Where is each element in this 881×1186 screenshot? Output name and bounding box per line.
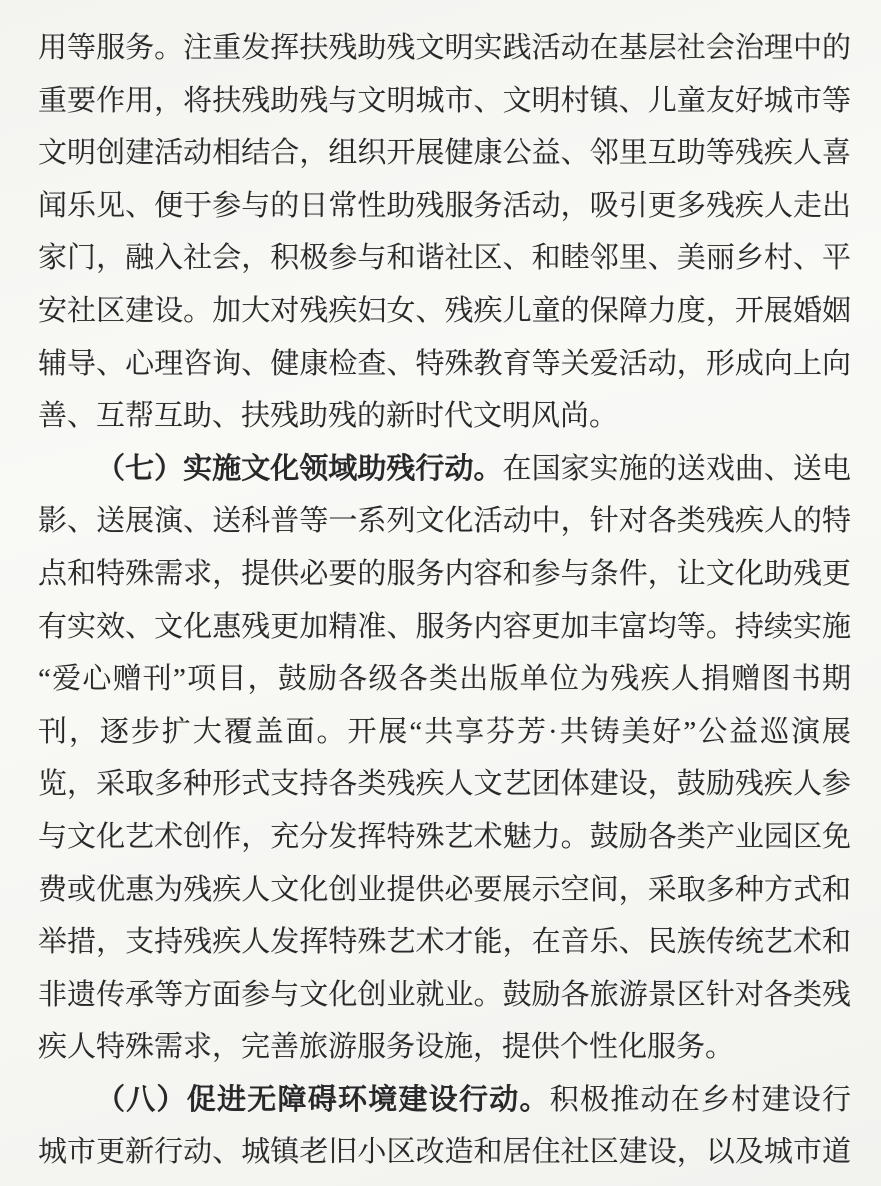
body-text: 与文化艺术创作，充分发挥特殊艺术魅力。鼓励各类产业园区免 [38,821,851,853]
body-text: 城市更新行动、城镇老旧小区改造和居住社区建设，以及城市道 [38,1136,851,1168]
body-text: 家门，融入社会，积极参与和谐社区、和睦邻里、美丽乡村、平 [38,242,851,274]
body-text: 闻乐见、便于参与的日常性助残服务活动，吸引更多残疾人走出 [38,190,851,222]
text-line: 影、送展演、送科普等一系列文化活动中，针对各类残疾人的特 [38,495,851,548]
body-text: 安社区建设。加大对残疾妇女、残疾儿童的保障力度，开展婚姻 [38,295,851,327]
text-line: （八）促进无障碍环境建设行动。积极推动在乡村建设行动、 [38,1074,851,1127]
body-text: 重要作用，将扶残助残与文明城市、文明村镇、儿童友好城市等 [38,85,851,117]
text-line: 举措，支持残疾人发挥特殊艺术才能，在音乐、民族传统艺术和 [38,916,851,969]
body-text: 善、互帮互助、扶残助残的新时代文明风尚。 [38,400,618,432]
body-text: 费或优惠为残疾人文化创业提供必要展示空间，采取多种方式和 [38,874,851,906]
text-line: 重要作用，将扶残助残与文明城市、文明村镇、儿童友好城市等 [38,75,851,128]
section-heading-text: （七）实施文化领域助残行动。 [96,453,503,485]
body-text: 文明创建活动相结合，组织开展健康公益、邻里互助等残疾人喜 [38,137,851,169]
paragraph: （七）实施文化领域助残行动。在国家实施的送戏曲、送电影、送展演、送科普等一系列文… [38,443,851,1074]
body-text: 刊，逐步扩大覆盖面。开展“共享芬芳·共铸美好”公益巡演展 [38,716,851,748]
text-line: “爱心赠刊”项目，鼓励各级各类出版单位为残疾人捐赠图书期 [38,653,851,706]
text-line: 善、互帮互助、扶残助残的新时代文明风尚。 [38,390,851,443]
text-line: 疾人特殊需求，完善旅游服务设施，提供个性化服务。 [38,1021,851,1074]
body-text: 用等服务。注重发挥扶残助残文明实践活动在基层社会治理中的 [38,32,851,64]
document-page: 用等服务。注重发挥扶残助残文明实践活动在基层社会治理中的重要作用，将扶残助残与文… [0,0,881,1186]
text-line: 非遗传承等方面参与文化创业就业。鼓励各旅游景区针对各类残 [38,969,851,1022]
body-text: 疾人特殊需求，完善旅游服务设施，提供个性化服务。 [38,1031,734,1063]
body-text: 在国家实施的送戏曲、送电 [503,453,851,485]
text-line: 闻乐见、便于参与的日常性助残服务活动，吸引更多残疾人走出 [38,180,851,233]
body-text: 影、送展演、送科普等一系列文化活动中，针对各类残疾人的特 [38,505,851,537]
body-text: 辅导、心理咨询、健康检查、特殊教育等关爱活动，形成向上向 [38,348,851,380]
text-line: （七）实施文化领域助残行动。在国家实施的送戏曲、送电 [38,443,851,496]
body-text: 点和特殊需求，提供必要的服务内容和参与条件，让文化助残更 [38,558,851,590]
text-line: 有实效、文化惠残更加精准、服务内容更加丰富均等。持续实施 [38,601,851,654]
paragraph: （八）促进无障碍环境建设行动。积极推动在乡村建设行动、城市更新行动、城镇老旧小区… [38,1074,851,1179]
body-text: 览，采取多种形式支持各类残疾人文艺团体建设，鼓励残疾人参 [38,768,851,800]
text-line: 费或优惠为残疾人文化创业提供必要展示空间，采取多种方式和 [38,864,851,917]
paragraph: 用等服务。注重发挥扶残助残文明实践活动在基层社会治理中的重要作用，将扶残助残与文… [38,22,851,443]
text-line: 刊，逐步扩大覆盖面。开展“共享芬芳·共铸美好”公益巡演展 [38,706,851,759]
text-line: 家门，融入社会，积极参与和谐社区、和睦邻里、美丽乡村、平 [38,232,851,285]
text-line: 文明创建活动相结合，组织开展健康公益、邻里互助等残疾人喜 [38,127,851,180]
text-line: 览，采取多种形式支持各类残疾人文艺团体建设，鼓励残疾人参 [38,758,851,811]
text-line: 点和特殊需求，提供必要的服务内容和参与条件，让文化助残更 [38,548,851,601]
section-heading-text: （八）促进无障碍环境建设行动。 [96,1084,550,1116]
body-text: 举措，支持残疾人发挥特殊艺术才能，在音乐、民族传统艺术和 [38,926,851,958]
body-text: “爱心赠刊”项目，鼓励各级各类出版单位为残疾人捐赠图书期 [38,663,851,695]
body-text: 非遗传承等方面参与文化创业就业。鼓励各旅游景区针对各类残 [38,979,851,1011]
text-line: 城市更新行动、城镇老旧小区改造和居住社区建设，以及城市道 [38,1126,851,1179]
body-text: 有实效、文化惠残更加精准、服务内容更加丰富均等。持续实施 [38,611,851,643]
text-line: 用等服务。注重发挥扶残助残文明实践活动在基层社会治理中的 [38,22,851,75]
document-body: 用等服务。注重发挥扶残助残文明实践活动在基层社会治理中的重要作用，将扶残助残与文… [38,22,851,1179]
text-line: 安社区建设。加大对残疾妇女、残疾儿童的保障力度，开展婚姻 [38,285,851,338]
text-line: 与文化艺术创作，充分发挥特殊艺术魅力。鼓励各类产业园区免 [38,811,851,864]
text-line: 辅导、心理咨询、健康检查、特殊教育等关爱活动，形成向上向 [38,338,851,391]
